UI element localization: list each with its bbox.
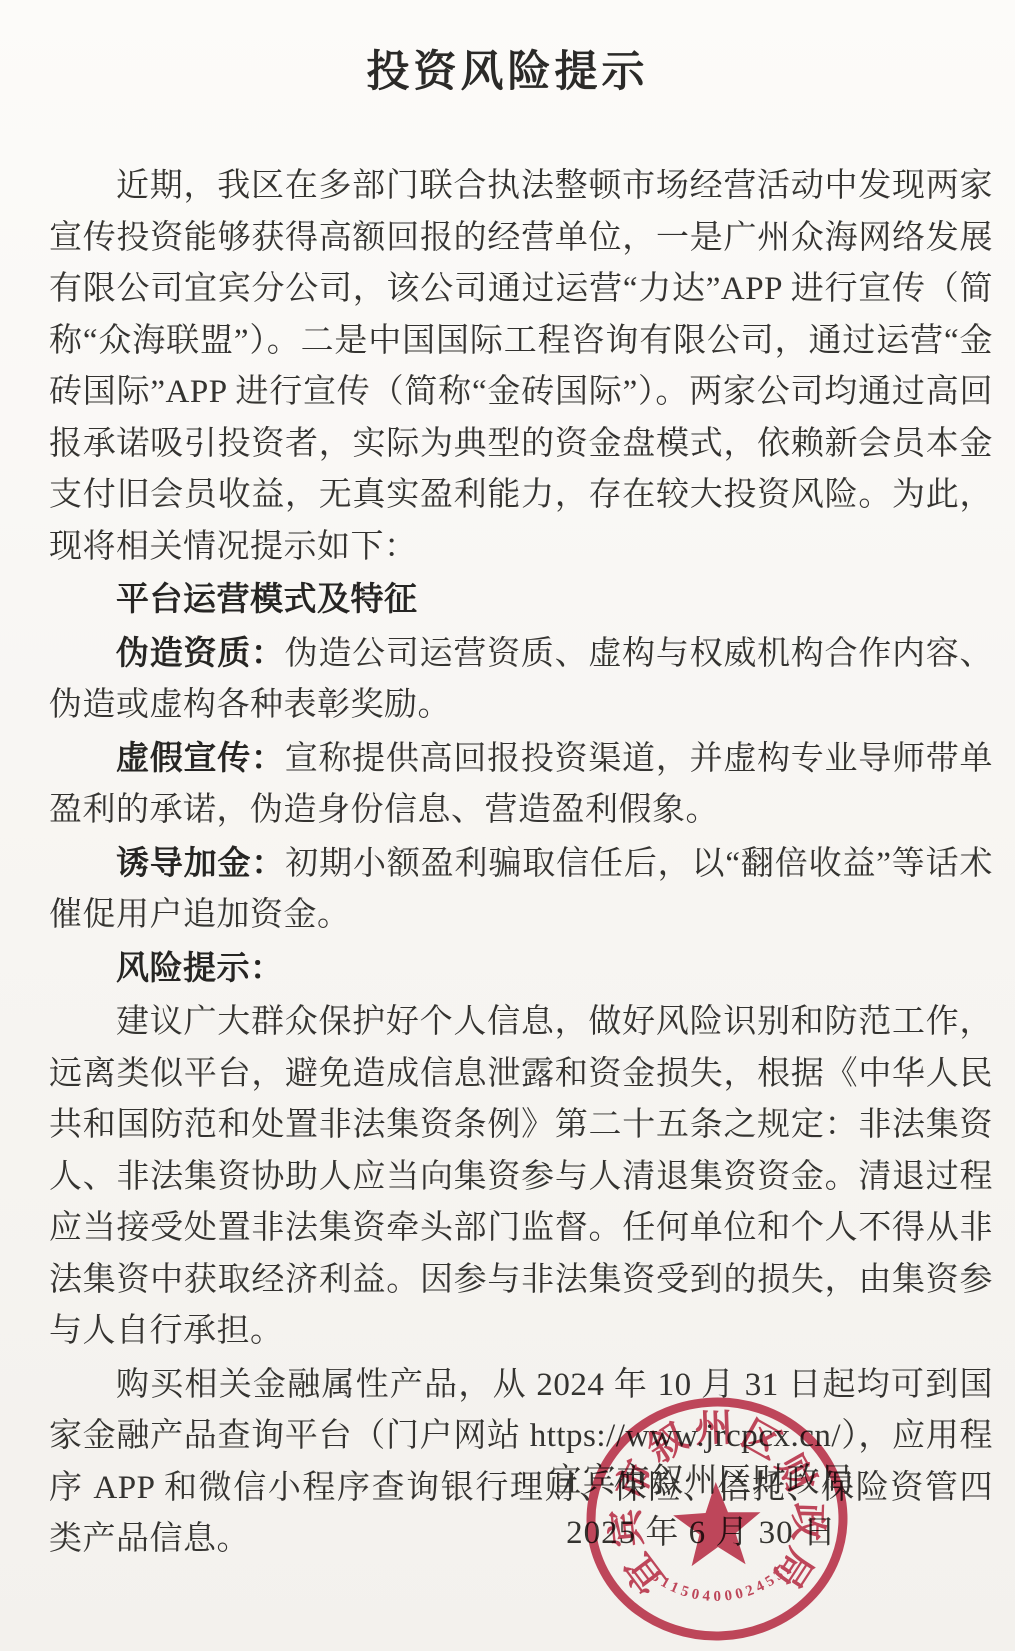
document-title: 投资风险提示 — [0, 38, 1015, 99]
seal-ring-char: 政 — [785, 1502, 828, 1541]
paragraph-body: 建议广大群众保护好个人信息，做好风险识别和防范工作，远离类似平台，避免造成信息泄… — [49, 1004, 993, 1349]
paragraph: 伪造资质：伪造公司运营资质、虚构与权威机构合作内容、伪造或虚构各种表彰奖励。 — [49, 627, 993, 732]
paragraph: 虚假宣传：宣称提供高回报投资渠道，并虚构专业导师带单盈利的承诺，伪造身份信息、营… — [49, 732, 993, 837]
page: 投资风险提示 近期，我区在多部门联合执法整顿市场经营活动中发现两家宣传投资能够获… — [0, 0, 1015, 1651]
paragraph-lead: 伪造资质： — [116, 634, 285, 671]
official-seal: 宜宾市叙州区财政局 5115040002453 — [573, 1385, 862, 1651]
paragraph-lead: 风险提示： — [116, 949, 284, 986]
paragraph-lead: 平台运营模式及特征 — [116, 580, 418, 617]
paragraph-heading: 平台运营模式及特征 — [49, 573, 993, 627]
paragraph: 诱导加金：初期小额盈利骗取信任后，以“翻倍收益”等话术催促用户追加资金。 — [49, 837, 993, 942]
body-text: 近期，我区在多部门联合执法整顿市场经营活动中发现两家宣传投资能够获得高额回报的经… — [49, 159, 993, 1566]
paragraph: 建议广大群众保护好个人信息，做好风险识别和防范工作，远离类似平台，避免造成信息泄… — [49, 995, 993, 1358]
paragraph-body: 近期，我区在多部门联合执法整顿市场经营活动中发现两家宣传投资能够获得高额回报的经… — [49, 168, 993, 565]
paragraph: 近期，我区在多部门联合执法整顿市场经营活动中发现两家宣传投资能够获得高额回报的经… — [49, 159, 993, 573]
seal-ring-char: 宜 — [617, 1545, 673, 1601]
paragraph-heading: 风险提示： — [49, 942, 993, 996]
seal-ring-char: 州 — [694, 1407, 733, 1450]
seal-ring-char: 市 — [609, 1454, 663, 1506]
paragraph-lead: 诱导加金： — [116, 844, 285, 881]
seal-ring-char: 宾 — [605, 1507, 651, 1549]
paragraph-lead: 虚假宣传： — [116, 739, 285, 776]
seal-ring-char: 财 — [768, 1448, 823, 1502]
star-icon — [672, 1480, 762, 1566]
